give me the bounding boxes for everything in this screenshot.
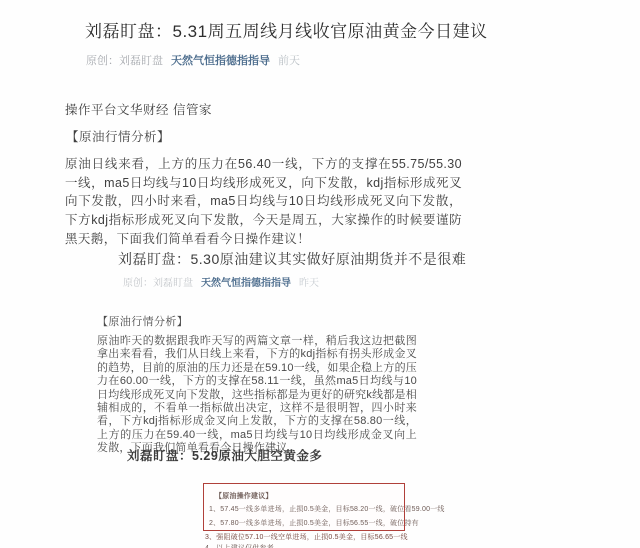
advice-line-2: 2、57.80一线多单进场，止损0.5美金，目标56.55一线，破位持有: [209, 518, 419, 528]
article1-byline: 原创：刘磊盯盘天然气恒指德指指导前天: [86, 52, 300, 68]
article1-author: 原创：刘磊盯盘: [86, 55, 163, 67]
article2-paragraph: 原油昨天的数据跟我昨天写的两篇文章一样，稍后我这边把截图拿出来看看，我们从日线上…: [97, 335, 417, 456]
platform-line: 操作平台文华财经 信管家: [65, 100, 212, 118]
article2-channel-link[interactable]: 天然气恒指德指指导: [201, 278, 291, 289]
article-page: 刘磊盯盘：5.31周五周线月线收官原油黄金今日建议 原创：刘磊盯盘天然气恒指德指…: [0, 0, 640, 548]
article2-title: 刘磊盯盘：5.30原油建议其实做好原油期货并不是很难: [118, 249, 538, 269]
advice-line-1: 1、57.45一线多单进场，止损0.5美金，目标58.20一线，破位看59.00…: [209, 504, 445, 514]
article2-timestamp: 昨天: [299, 278, 319, 289]
article2-byline: 原创：刘磊盯盘天然气恒指德指指导昨天: [123, 274, 319, 289]
article1-section-label: 【原油行情分析】: [66, 127, 170, 145]
article1-channel-link[interactable]: 天然气恒指德指指导: [171, 55, 270, 67]
article1-timestamp: 前天: [278, 55, 300, 67]
article2-author: 原创：刘磊盯盘: [123, 278, 193, 289]
advice-screenshot-box: 【原油操作建议】 1、57.45一线多单进场，止损0.5美金，目标58.20一线…: [203, 483, 405, 531]
article3-title: 刘磊盯盘：5.29原油大胆空黄金多: [127, 446, 427, 464]
article2-section-label: 【原油行情分析】: [97, 313, 188, 329]
article1-paragraph: 原油日线来看，上方的压力在56.40一线，下方的支撑在55.75/55.30一线…: [65, 155, 462, 249]
advice-line-3: 3、强阻破位57.10一线空单进场，止损0.5美金，目标56.65一线: [205, 532, 408, 542]
advice-heading: 【原油操作建议】: [215, 491, 273, 501]
advice-line-4: 4、以上建议仅供参考: [205, 543, 274, 548]
article1-title: 刘磊盯盘：5.31周五周线月线收官原油黄金今日建议: [85, 20, 555, 44]
